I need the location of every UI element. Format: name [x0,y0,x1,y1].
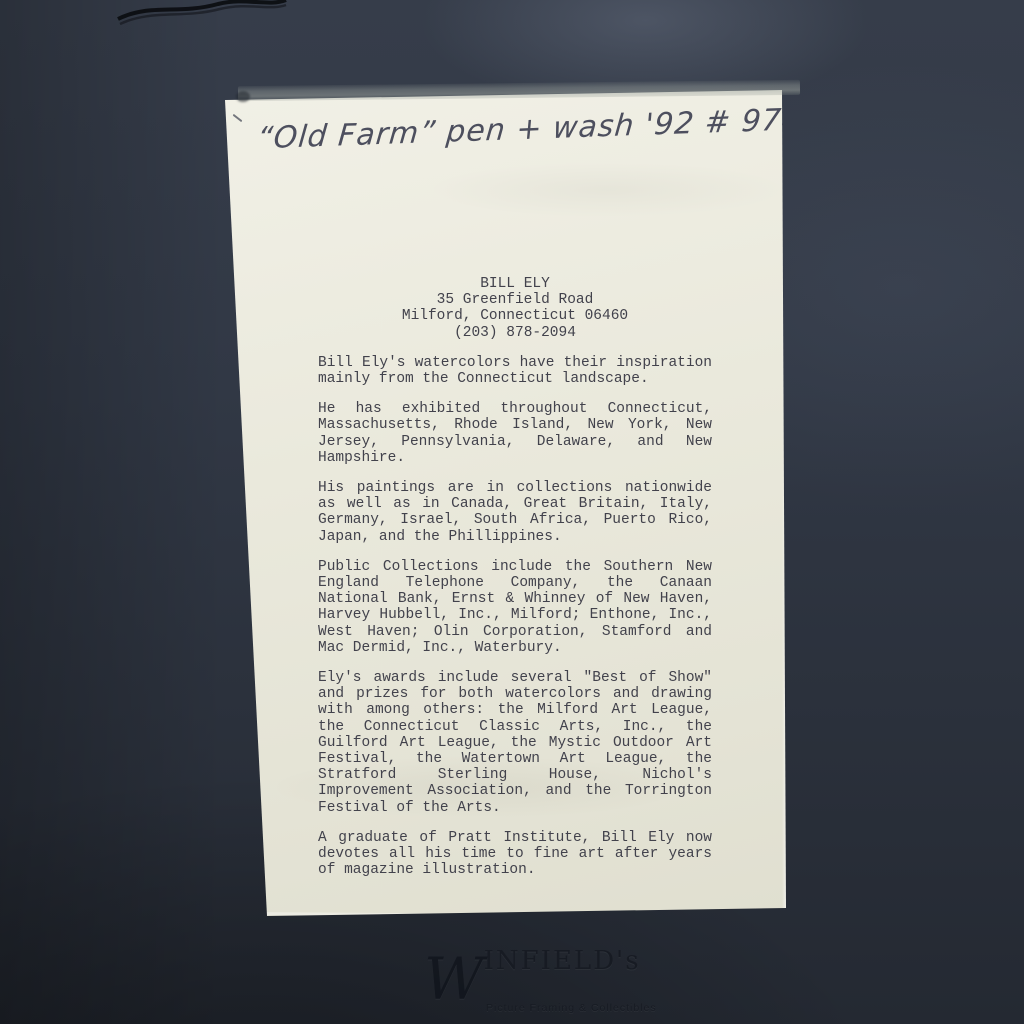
framer-tagline: Picture Framing & Collectibles [486,1002,684,1014]
bio-sheet: “Old Farm” pen + wash '92 # 9749 BILL EL… [225,90,787,920]
hanging-wire-icon [116,0,288,29]
pen-tick-mark [233,114,243,122]
typed-bio-text: BILL ELY 35 Greenfield Road Milford, Con… [318,276,712,879]
bio-paragraph: Bill Ely's watercolors have their inspir… [318,355,712,387]
typed-line: Bill Ely's watercolors have their inspir… [318,355,712,371]
typed-line: Guilford Art League, the Mystic Outdoor … [318,735,712,751]
typed-line: of magazine illustration. [318,862,712,878]
typed-line: Festival of the Arts. [318,800,712,816]
typed-line: Mac Dermid, Inc., Waterbury. [318,640,712,656]
bio-paragraph: His paintings are in collections nationw… [318,480,712,545]
artist-name: BILL ELY [318,276,712,292]
typed-line: National Bank, Ernst & Whinney of New Ha… [318,591,712,607]
typed-line: Festival, the Watertown Art League, the [318,751,712,767]
typed-line: Hampshire. [318,450,712,466]
typed-line: mainly from the Connecticut landscape. [318,371,712,387]
typed-line: and prizes for both watercolors and draw… [318,686,712,702]
phone-number: (203) 878-2094 [318,325,712,341]
framer-logo-w-icon: W [424,945,484,1013]
typed-line: England Telephone Company, the Canaan [318,575,712,591]
typed-line: Ely's awards include several "Best of Sh… [318,670,712,686]
framer-stamp: WINFIELD's Picture Framing & Collectible… [424,946,684,1014]
bio-paragraph: He has exhibited throughout Connecticut,… [318,401,712,466]
typed-line: Stratford Sterling House, Nichol's [318,767,712,783]
address-street: 35 Greenfield Road [318,292,712,308]
handwritten-annotation: “Old Farm” pen + wash '92 # 9749 [256,103,789,157]
tape-smudge [236,91,250,102]
typed-line: Massachusetts, Rhode Island, New York, N… [318,417,712,433]
address-city: Milford, Connecticut 06460 [318,308,712,324]
bio-paragraph: Ely's awards include several "Best of Sh… [318,670,712,816]
typed-line: Public Collections include the Southern … [318,559,712,575]
typed-line: Jersey, Pennsylvania, Delaware, and New [318,434,712,450]
typed-line: A graduate of Pratt Institute, Bill Ely … [318,830,712,846]
bio-paragraph: A graduate of Pratt Institute, Bill Ely … [318,830,712,879]
framed-artwork-back-photo: “Old Farm” pen + wash '92 # 9749 BILL EL… [0,0,1024,1024]
typed-line: West Haven; Olin Corporation, Stamford a… [318,624,712,640]
typed-line: Improvement Association, and the Torring… [318,783,712,799]
typed-line: He has exhibited throughout Connecticut, [318,401,712,417]
typed-line: Harvey Hubbell, Inc., Milford; Enthone, … [318,607,712,623]
typed-line: Germany, Israel, South Africa, Puerto Ri… [318,512,712,528]
framer-name: INFIELD's [484,946,641,976]
typed-line: devotes all his time to fine art after y… [318,846,712,862]
typed-line: Japan, and the Phillippines. [318,529,712,545]
bio-paragraph: Public Collections include the Southern … [318,559,712,656]
contact-header: BILL ELY 35 Greenfield Road Milford, Con… [318,276,712,341]
typed-line: as well as in Canada, Great Britain, Ita… [318,496,712,512]
typed-line: with among others: the Milford Art Leagu… [318,702,712,718]
typed-line: the Connecticut Classic Arts, Inc., the [318,719,712,735]
typed-line: His paintings are in collections nationw… [318,480,712,496]
